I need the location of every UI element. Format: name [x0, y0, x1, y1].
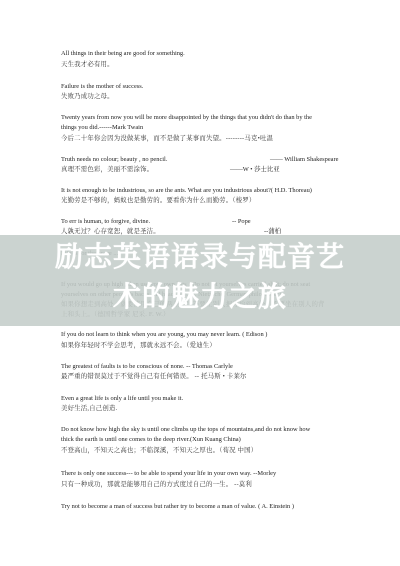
quote-en: Even a great life is only a life until y…	[61, 395, 183, 403]
quote-zh: 不登高山，不知天之高也；不临深溪，不知天之厚也。（荀况 中国）	[61, 447, 257, 455]
quote-en-cont: thick the earth is until one comes to th…	[61, 436, 241, 444]
quote-en-cont: things you did.------Mark Twain	[61, 124, 143, 132]
quote-en: Truth needs no colour; beauty , no penci…	[61, 156, 167, 164]
title-line-1: 励志英语语录与配音艺	[0, 241, 400, 273]
title-overlay-band: 励志英语语录与配音艺 术的魅力之旅	[0, 235, 400, 326]
quote-zh: 只有一种成功，那就是能够用自己的方式度过自己的一生。 --莫利	[61, 481, 252, 489]
quote-en: Try not to become a man of success but r…	[61, 503, 294, 511]
quote-en: Twenty years from now you will be more d…	[61, 114, 312, 122]
quote-en: The greatest of faults is to be consciou…	[61, 363, 233, 371]
quote-en: There is only one success--- to be able …	[61, 470, 276, 478]
quote-zh: 美好生活,自己创造.	[61, 405, 117, 413]
quote-zh: 今后二十年你会因为没做某事，而不是做了某事而失望。--------马克•吐温	[61, 135, 273, 143]
quote-en: Failure is the mother of success.	[61, 83, 143, 91]
quote-zh: 真理不需色彩，美丽不需涂饰。	[61, 166, 153, 174]
quote-attribution: —— William Shakespeare	[270, 156, 338, 164]
quote-zh: 如果你年轻时不学会思考，那就永远不会。（爱迪生）	[61, 342, 216, 350]
quote-zh: 天生我才必有用。	[61, 61, 114, 69]
title-line-2: 术的魅力之旅	[0, 281, 400, 313]
quote-en: Do not know how high the sky is until on…	[61, 426, 310, 434]
quote-zh: 光勤劳是不够的，蚂蚁也是勤劳的。要看你为什么而勤劳。（梭罗）	[61, 197, 256, 205]
quote-attribution-zh: ——W • 莎士比亚	[230, 166, 280, 174]
quote-zh: 最严重的错误莫过于不觉得自己有任何错误。 -- 托马斯 • 卡莱尔	[61, 373, 247, 381]
quote-en: If you do not learn to think when you ar…	[61, 331, 267, 339]
quote-zh: 失败乃成功之母。	[61, 93, 114, 101]
quote-en: All things in their being are good for s…	[61, 50, 185, 58]
quote-en: It is not enough to be industrious, so a…	[61, 187, 312, 195]
quote-attribution: -- Pope	[232, 218, 251, 226]
quote-en: To err is human, to forgive, divine.	[61, 218, 150, 226]
